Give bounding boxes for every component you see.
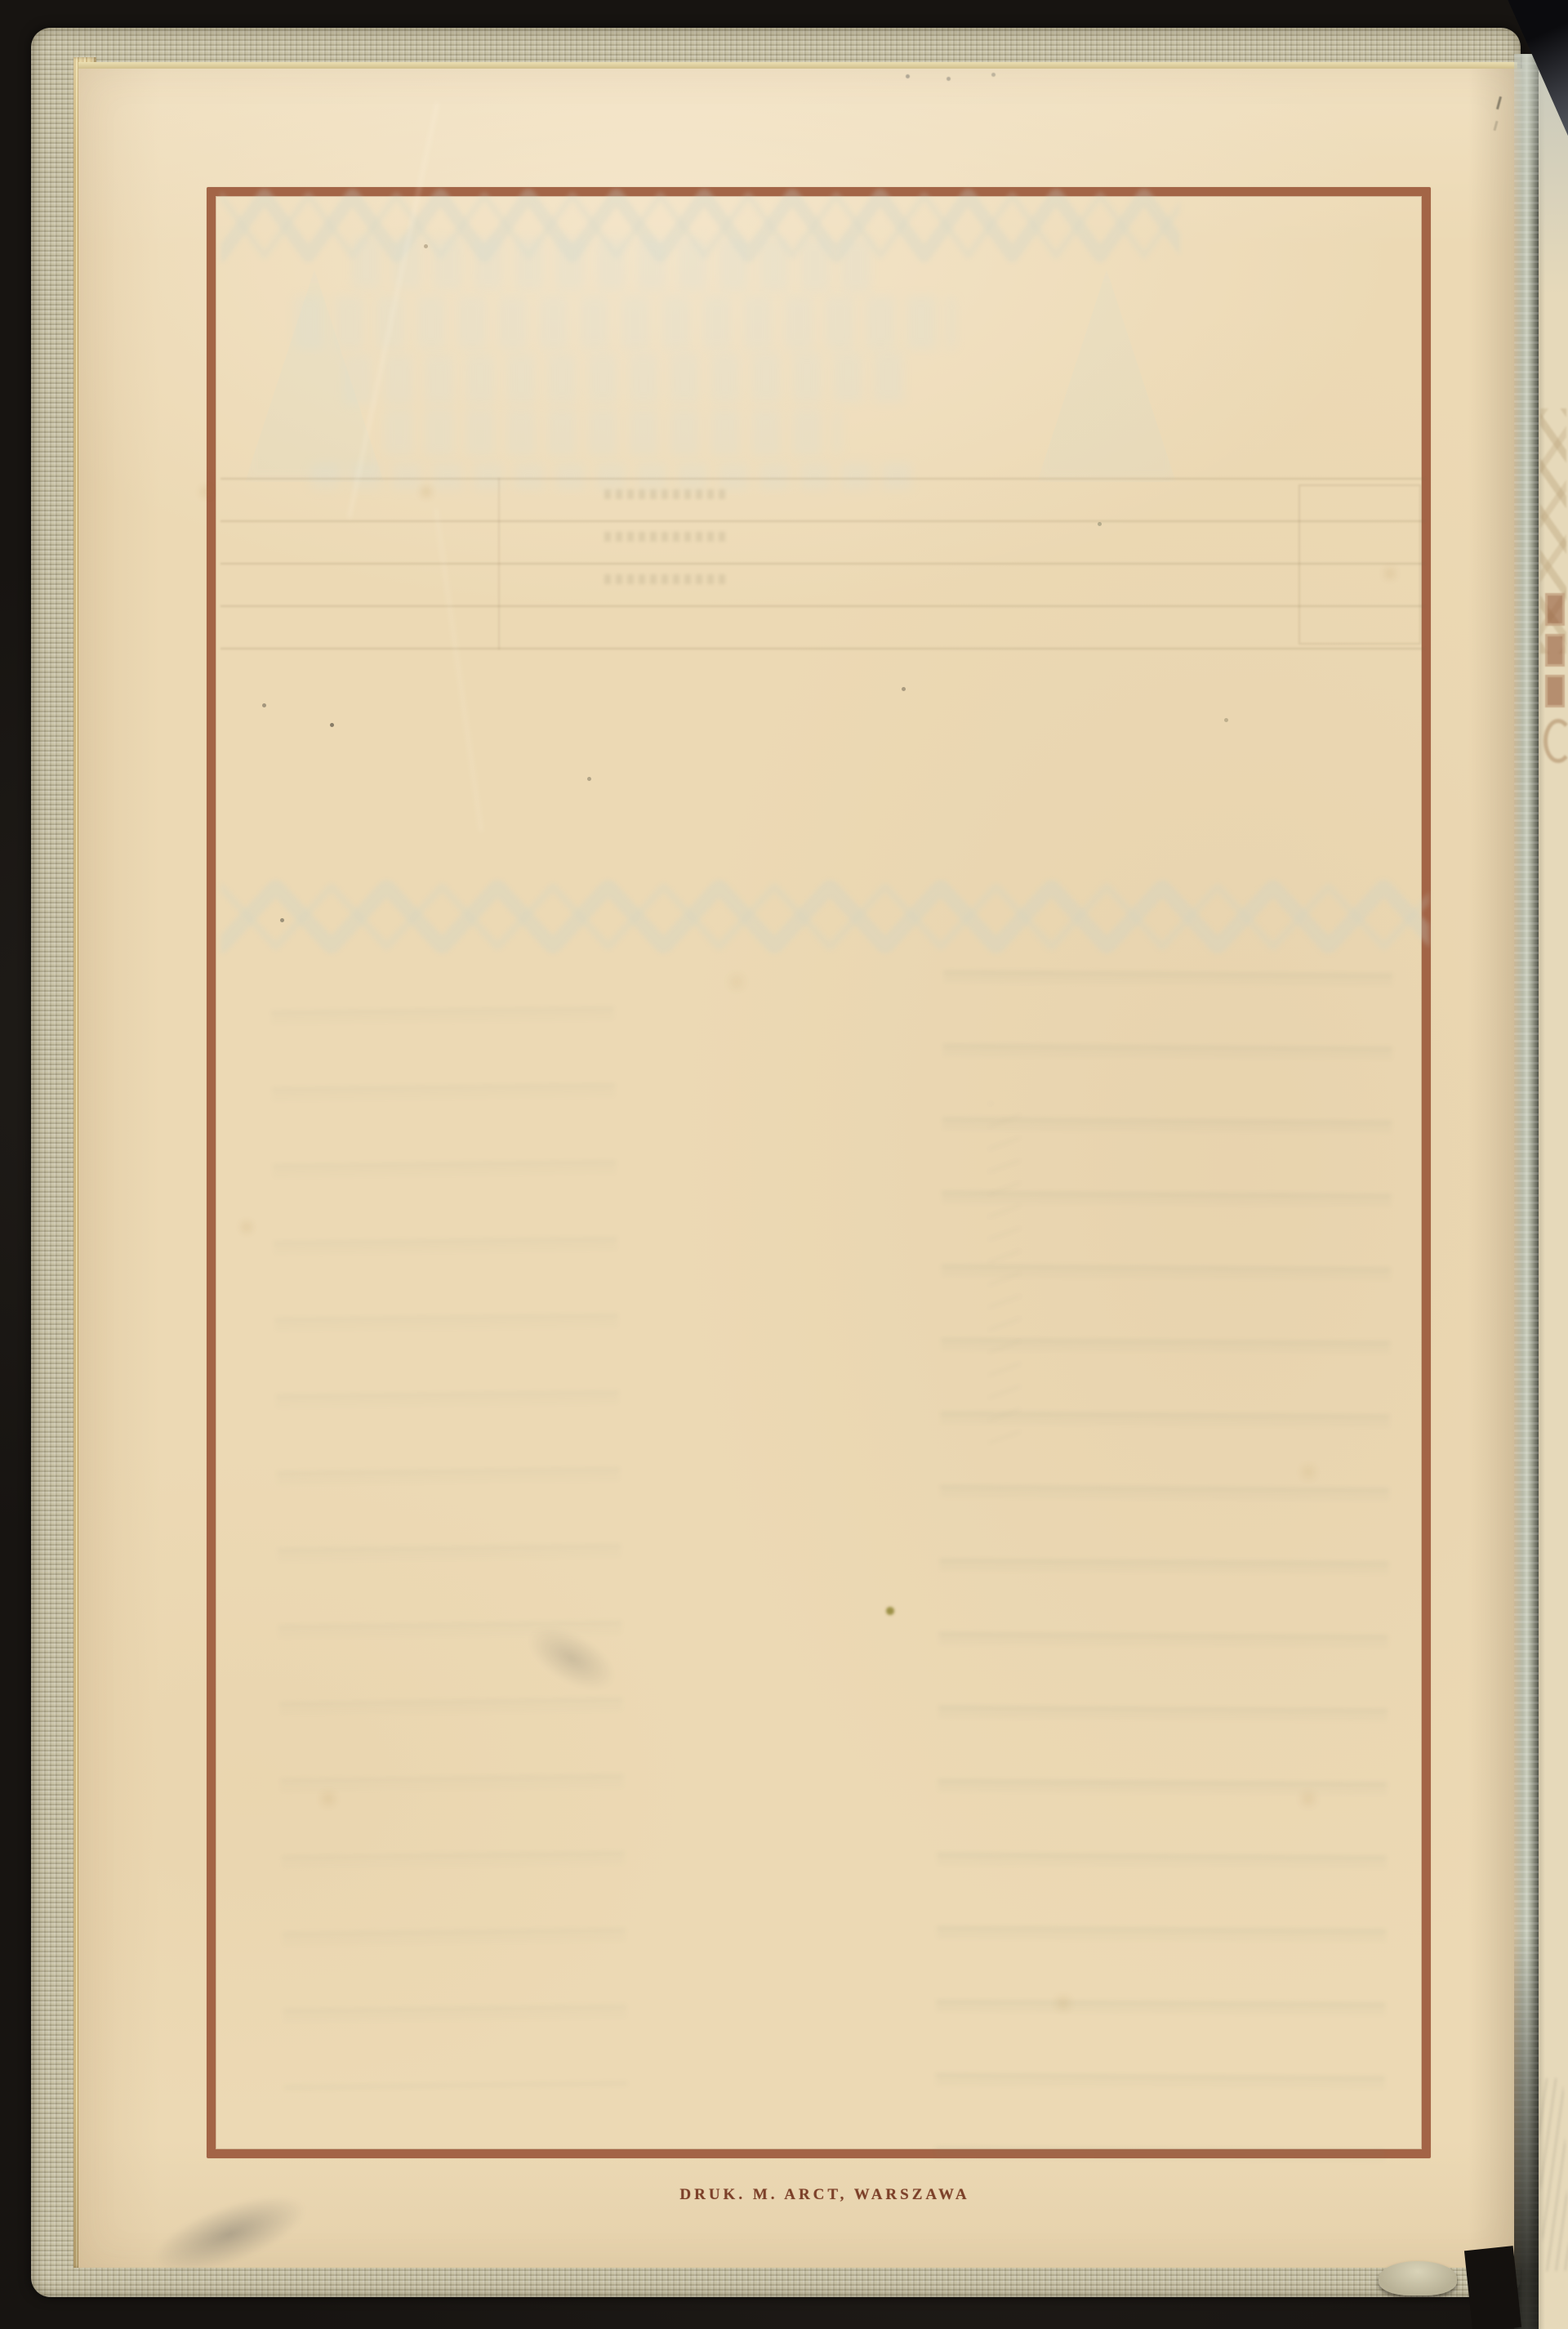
page-gutter-shadow xyxy=(1514,54,1539,2329)
scanner-bed: DRUK. M. ARCT, WARSZAWA xyxy=(0,0,1568,2329)
smudge-trail xyxy=(988,1103,1021,1446)
shadow-patch xyxy=(1464,2246,1521,2329)
printer-imprint: DRUK. M. ARCT, WARSZAWA xyxy=(580,2186,1070,2204)
next-page-red-ornament xyxy=(1545,634,1565,667)
ghost-title-line xyxy=(384,408,841,456)
ghost-table xyxy=(220,478,1425,649)
ghost-handwriting-left xyxy=(271,1006,627,2089)
ink-slash xyxy=(1493,121,1498,131)
next-page-edge xyxy=(1539,51,1568,2329)
ink-slash xyxy=(1496,96,1502,109)
ghost-ribbon-band-middle xyxy=(220,872,1429,966)
cloth-fold xyxy=(1379,2261,1457,2296)
foxing-spots xyxy=(78,69,82,72)
next-page-ghost-curve xyxy=(1543,719,1568,763)
ghost-title-line xyxy=(351,237,874,292)
next-page-ghost-handwriting xyxy=(1537,2078,1568,2272)
next-page-red-ornament xyxy=(1545,593,1565,626)
ghost-title-line xyxy=(343,351,915,405)
next-page-red-ornament xyxy=(1545,675,1565,707)
book-page: DRUK. M. ARCT, WARSZAWA xyxy=(78,69,1526,2268)
